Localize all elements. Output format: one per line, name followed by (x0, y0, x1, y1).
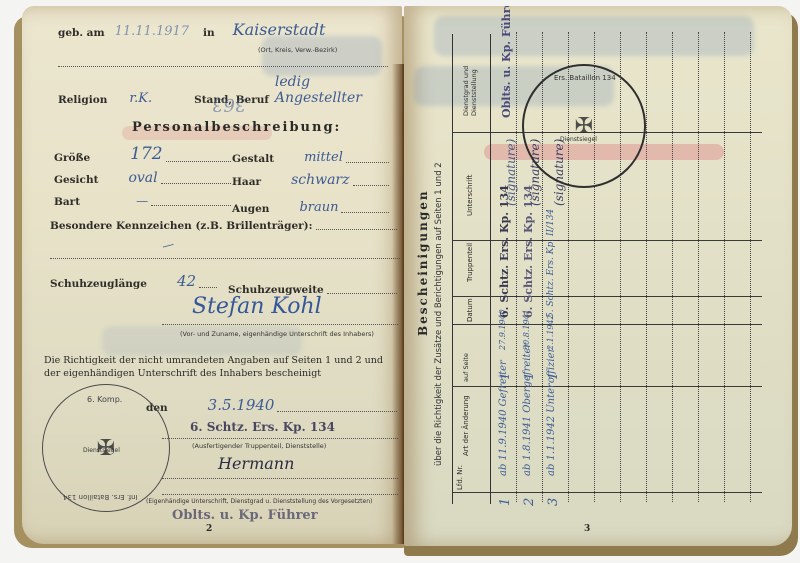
dotted-line (58, 66, 388, 67)
date-row: den 3.5.1940 (146, 396, 400, 414)
row-3-datum: 2.1.1942 (546, 314, 555, 350)
row-1-nr: 1 (498, 498, 513, 506)
dotted-line (162, 478, 398, 479)
row-2-art: ab 1.8.1941 Obergefreiter (522, 343, 533, 476)
col-header-datum: Datum (466, 298, 474, 322)
gestalt-value: mittel (304, 150, 343, 165)
groesse-value: 172 (130, 144, 162, 164)
dotted-column (750, 32, 751, 502)
dotted-column (646, 32, 647, 502)
stand-beruf-value: ledig Angestellter (275, 74, 398, 106)
bart-label: Bart (54, 196, 80, 208)
schuhzeuglaenge-row: Schuhzeuglänge 42 (50, 272, 220, 290)
schuhzeuglaenge-label: Schuhzeuglänge (50, 278, 147, 290)
row-3-art: ab 1.1.1942 Unteroffizier (546, 348, 557, 476)
table-border (452, 34, 453, 504)
official-stamp-right: ✠ Ers. Bataillon 134 Dienstsiegel (522, 64, 646, 188)
col-header-truppenteil: Truppenteil (466, 243, 474, 282)
row-divider (452, 492, 762, 493)
page-2: geb. am 11.11.1917 in Kaiserstadt (Ort, … (22, 6, 402, 544)
page-3: Bescheinigungen über die Richtigkeit der… (404, 6, 792, 546)
issuing-unit: 6. Schtz. Ers. Kp. 134 (190, 420, 335, 434)
page-number: 3 (584, 524, 590, 534)
ink-bleed (262, 36, 382, 76)
open-paybook: geb. am 11.11.1917 in Kaiserstadt (Ort, … (6, 4, 796, 558)
schuhzeuglaenge-value: 42 (177, 272, 196, 290)
official-stamp: 6. Komp. ✠ Dienstsiegel Inf. Ers. Batail… (42, 384, 170, 512)
haar-value: schwarz (291, 172, 349, 188)
row-3-truppenteil: 5. Schtz. Ers. Kp. II/134 (546, 209, 556, 318)
kennzeichen-row: Besondere Kennzeichen (z.B. Brillenträge… (50, 220, 400, 232)
dotted-column (698, 32, 699, 502)
dotted-line (162, 324, 398, 325)
dotted-line (162, 494, 398, 495)
birth-label: geb. am (58, 27, 105, 39)
stamp-top-text: 6. Komp. (87, 395, 122, 404)
row-3-seite: 1 (546, 372, 560, 380)
haar-label: Haar (232, 176, 261, 188)
augen-row: Augen braun (232, 200, 392, 215)
kennzeichen-label: Besondere Kennzeichen (z.B. Brillenträge… (50, 220, 313, 232)
birth-place-hint: (Ort, Kreis, Verw.-Bezirk) (258, 46, 337, 54)
birth-date: 11.11.1917 (115, 24, 189, 39)
officer-rank: Oblts. u. Kp. Führer (172, 508, 318, 523)
officer-signature: Hermann (218, 454, 294, 473)
row-1-dienstgrad: Oblts. u. Kp. Führer (500, 6, 513, 118)
stamp-text: Ers. Bataillon 134 (554, 74, 616, 82)
right-page-title: Bescheinigungen (416, 189, 430, 336)
dotted-line (50, 258, 400, 259)
augen-value: braun (299, 200, 338, 215)
stamp-center-text: Dienstsiegel (83, 447, 120, 454)
kennzeichen-value: — (160, 237, 175, 254)
row-1-unterschrift: (signature) (504, 139, 518, 206)
row-3-nr: 3 (546, 498, 561, 506)
margin-number: 363 (212, 94, 246, 115)
issue-date: 3.5.1940 (208, 396, 275, 414)
gestalt-row: Gestalt mittel (232, 150, 392, 165)
owner-signature-hint: (Vor- und Zuname, eigenhändige Unterschr… (180, 330, 374, 338)
birth-row: geb. am 11.11.1917 in Kaiserstadt (58, 20, 388, 39)
dotted-column (724, 32, 725, 502)
gesicht-row: Gesicht oval (54, 170, 234, 186)
bart-value: — (136, 194, 148, 208)
dotted-column (516, 32, 517, 502)
bart-row: Bart — (54, 194, 234, 208)
col-header-seite: auf Seite (462, 353, 470, 382)
haar-row: Haar schwarz (232, 172, 392, 188)
birth-place: Kaiserstadt (233, 20, 326, 39)
religion-value: r.K. (129, 91, 152, 106)
col-header-dienstgrad: Dienstgrad und Dienststellung (462, 36, 478, 116)
stamp-bottom-text: Inf. Ers. Bataillon 134 (63, 493, 138, 501)
table-border (490, 34, 491, 504)
groesse-label: Größe (54, 152, 90, 164)
col-header-art: Art der Änderung (462, 395, 470, 456)
groesse-row: Größe 172 (54, 144, 234, 164)
section-title: Personalbeschreibung: (132, 120, 341, 135)
officer-hint: (Eigenhändige Unterschrift, Dienstgrad u… (146, 498, 372, 505)
religion-label: Religion (58, 94, 107, 106)
owner-signature: Stefan Kohl (192, 294, 322, 319)
page-number: 2 (206, 524, 212, 534)
certification-text: Die Richtigkeit der nicht umrandeten Ang… (44, 354, 400, 380)
dotted-column (672, 32, 673, 502)
gesicht-label: Gesicht (54, 174, 98, 186)
gesicht-value: oval (128, 170, 157, 186)
col-header-unterschrift: Unterschrift (466, 175, 474, 216)
augen-label: Augen (232, 203, 269, 215)
issuing-unit-hint: (Ausfertigender Truppenteil, Dienststell… (192, 442, 326, 450)
gestalt-label: Gestalt (232, 153, 274, 165)
eagle-emblem-icon: ✠ (575, 114, 593, 139)
row-1-seite: 1 (498, 372, 512, 380)
right-page-subtitle: über die Richtigkeit der Zusätze und Ber… (434, 162, 444, 466)
row-2-seite: 1 (522, 372, 536, 380)
stamp-center-text: Dienstsiegel (560, 136, 597, 143)
dotted-line (162, 438, 398, 439)
birth-place-label: in (203, 27, 215, 39)
row-2-nr: 2 (522, 498, 537, 506)
